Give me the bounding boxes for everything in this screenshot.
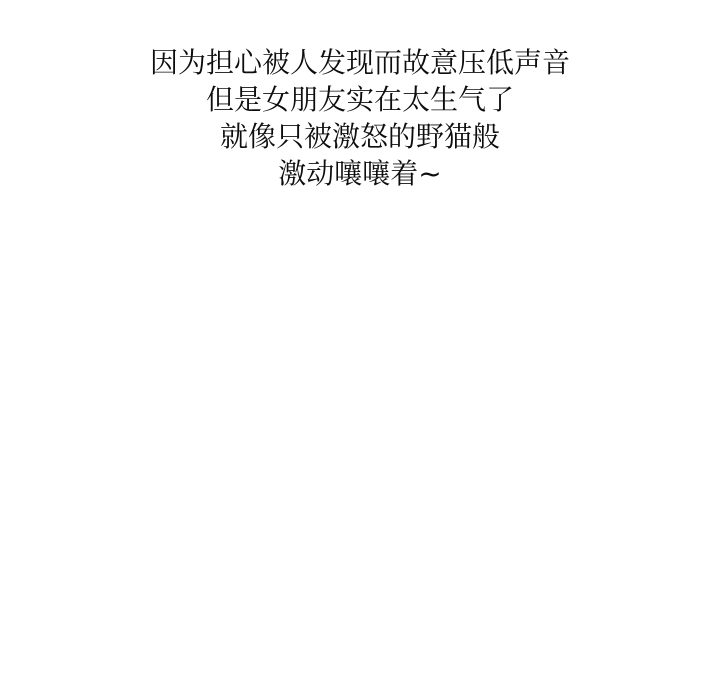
caption-line-2: 但是女朋友实在太生气了 (0, 81, 720, 118)
comic-page: 因为担心被人发现而故意压低声音 但是女朋友实在太生气了 就像只被激怒的野猫般 激… (0, 0, 720, 700)
caption-line-3: 就像只被激怒的野猫般 (0, 118, 720, 155)
caption-line-4: 激动嚷嚷着~ (0, 155, 720, 192)
caption-line-1: 因为担心被人发现而故意压低声音 (0, 44, 720, 81)
narration-caption: 因为担心被人发现而故意压低声音 但是女朋友实在太生气了 就像只被激怒的野猫般 激… (0, 44, 720, 192)
